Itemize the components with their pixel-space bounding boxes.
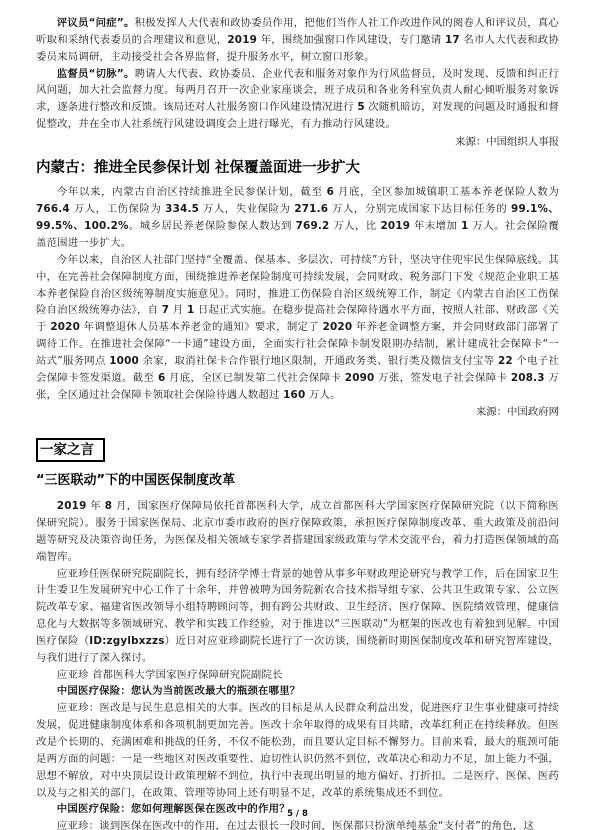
paragraph: 评议员“问症”。积极发挥人大代表和政协委员作用，把他们当作人社工作改进作风的阅卷… — [36, 15, 559, 66]
section-opinion-column: 一家之言 “三医联动”下的中国医保制度改革 2019 年 8 月，国家医疗保障局… — [36, 425, 559, 830]
text-segment: 。城乡居民养老保险参保人数达到 — [129, 220, 296, 232]
text-segment: 月 — [169, 304, 187, 316]
text-segment: 应亚珍：谈到医保在医改中的作用，在过去很长一段时间，医保都只扮演单纯基金“支付者… — [57, 820, 534, 830]
text-segment: 17 — [445, 34, 460, 46]
paragraph: 应亚珍：谈到医保在医改中的作用，在过去很长一段时间，医保都只扮演单纯基金“支付者… — [36, 818, 559, 830]
interview-question: 中国医疗保险：您认为当前医改最大的瓶颈在哪里？ — [36, 683, 559, 700]
section-work-style: 评议员“问症”。积极发挥人大代表和政协委员作用，把他们当作人社工作改进作风的阅卷… — [36, 15, 559, 152]
text-segment: 2019 — [227, 34, 257, 46]
paragraph: 今年以来，自治区人社部门坚持“全覆盖、保基本、多层次、可持续”方针，坚决守住兜牢… — [36, 252, 559, 404]
text-segment: 万人，失业保险为 — [199, 203, 294, 215]
paragraph: 应亚珍：医改是与民生息息相关的大事。医改的目标是从人民群众利益出发，促进医疗卫生… — [36, 700, 559, 801]
article-title: 内蒙古：推进全民参保计划 社保覆盖面进一步扩大 — [36, 159, 559, 178]
text-segment: 2020 — [50, 321, 80, 333]
paragraph: 监督员“切脉”。聘请人大代表、政协委员、企业代表和服务对象作为行风监督员，及时发… — [36, 66, 559, 133]
text-segment: 2019 — [57, 500, 87, 512]
text-segment: 监督员“切脉”。 — [57, 68, 135, 80]
text-segment: ID:zgylbxzzs — [89, 635, 164, 647]
text-segment: 2019 — [380, 220, 410, 232]
text-segment: 334.5 — [165, 203, 199, 215]
text-segment: 评议员“问症”。 — [57, 17, 135, 29]
text-segment: 万人，工伤保险为 — [70, 203, 165, 215]
page-number: 5 / 8 — [0, 809, 595, 819]
text-segment: 6 — [327, 186, 334, 198]
text-segment: 万人，分别完成国家下达目标任务的 — [328, 203, 511, 215]
text-segment: 万人，比 — [329, 220, 380, 232]
text-segment: 万人。 — [305, 389, 340, 401]
text-segment: 5 — [357, 101, 364, 113]
text-segment: 160 — [283, 389, 305, 401]
text-segment: 1000 — [109, 355, 139, 367]
text-segment: 年末增加 — [410, 220, 461, 232]
text-segment: 年 — [87, 500, 105, 512]
text-segment: 年，围绕加强窗口作风建设，专门邀请 — [257, 34, 445, 46]
text-segment: 2020 — [323, 321, 353, 333]
text-segment: 月底，全区参加城镇职工基本养老保险人数为 — [334, 186, 559, 198]
text-segment: 今年以来，内蒙古自治区持续推进全民参保计划，截至 — [57, 186, 327, 198]
text-segment: 208.3 — [511, 372, 545, 384]
text-segment: 2090 — [345, 372, 375, 384]
text-segment: 年调整退休人员基本养老金的通知》要求，制定了 — [80, 321, 323, 333]
text-segment: 22 — [498, 355, 513, 367]
section-neimenggu: 内蒙古：推进全民参保计划 社保覆盖面进一步扩大 今年以来，内蒙古自治区持续推进全… — [36, 159, 559, 423]
text-segment: 271.6 — [294, 203, 328, 215]
paragraph: 今年以来，内蒙古自治区持续推进全民参保计划，截至 6 月底，全区参加城镇职工基本… — [36, 184, 559, 251]
speaker-line: 应亚珍 首都医科大学国家医疗保障研究院副院长 — [36, 667, 559, 684]
document-page: 评议员“问症”。积极发挥人大代表和政协委员作用，把他们当作人社工作改进作风的阅卷… — [0, 0, 595, 830]
text-segment: 月底，全区已制发第二代社会保障卡 — [165, 372, 344, 384]
text-segment: 应亚珍：医改是与民生息息相关的大事。医改的目标是从人民群众利益出发，促进医疗卫生… — [36, 702, 559, 798]
source-line: 来源：中国政府网 — [36, 404, 559, 422]
text-segment: 769.2 — [296, 220, 330, 232]
text-segment: 余家，取消社保卡合作银行地区限制，开通政务类、银行类及微信支付宝等 — [139, 355, 498, 367]
text-segment: 766.4 — [36, 203, 70, 215]
source-line: 来源：中国组织人事报 — [36, 134, 559, 152]
article-title: “三医联动”下的中国医保制度改革 — [36, 473, 559, 490]
text-segment: 月，国家医疗保障局依托首都医科大学，成立首都医科大学国家医疗保障研究院（以下简称… — [36, 500, 559, 563]
text-segment: 万张，签发电子社会保障卡 — [375, 372, 511, 384]
paragraph: 应亚珍任医保研究院副院长，拥有经济学博士背景的她曾从事多年财政理论研究与教学工作… — [36, 566, 559, 667]
text-segment: 1 — [461, 220, 468, 232]
paragraph: 2019 年 8 月，国家医疗保障局依托首都医科大学，成立首都医科大学国家医疗保… — [36, 498, 559, 565]
column-label: 一家之言 — [36, 438, 105, 462]
